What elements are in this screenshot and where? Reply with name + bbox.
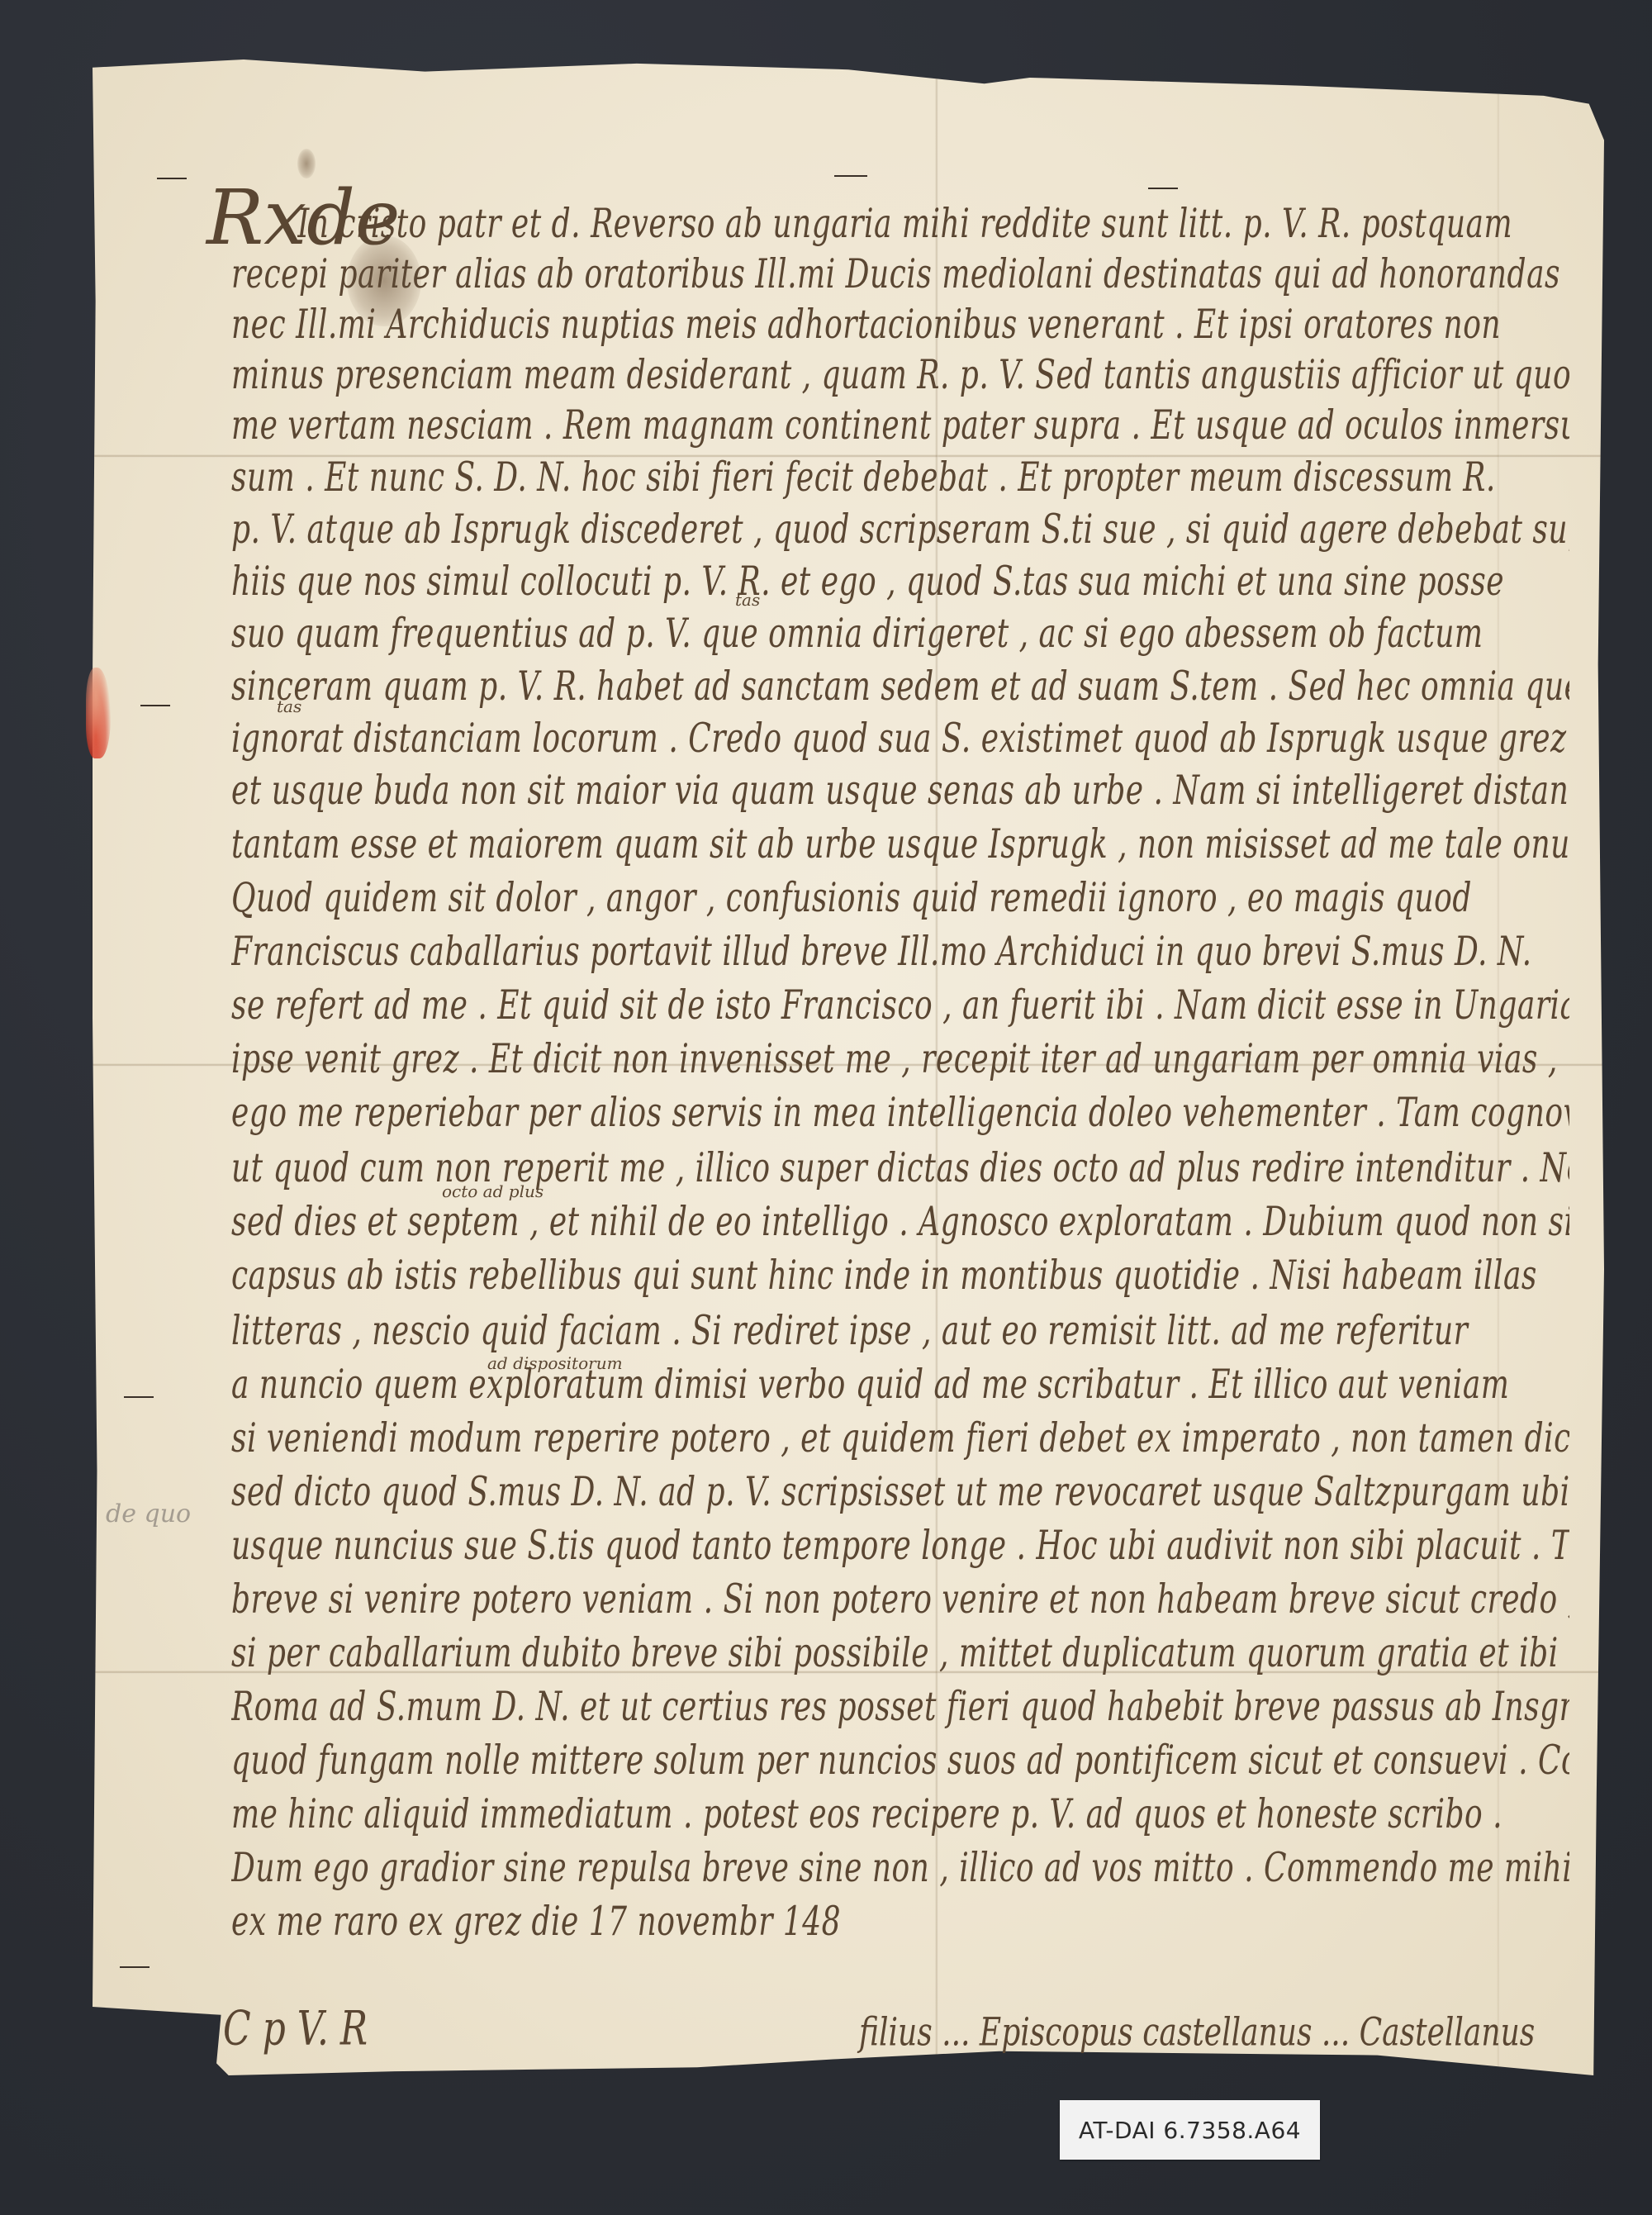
text-line: ignorat distanciam locorum . Credo quod … (231, 717, 1569, 762)
text-line: ego me reperiebar per alios servis in me… (231, 1091, 1569, 1136)
interlinear-note: tas (735, 592, 760, 608)
text-line: In cristo patr et d. Reverso ab ungaria … (297, 202, 1569, 247)
text-line: Franciscus caballarius portavit illud br… (231, 930, 1569, 975)
text-line: hiis que nos simul collocuti p. V. R. et… (231, 560, 1569, 605)
text-line: minus presenciam meam desiderant , quam … (231, 354, 1569, 398)
text-line: sum . Et nunc S. D. N. hoc sibi fieri fe… (231, 456, 1569, 501)
text-line: me hinc aliquid immediatum . potest eos … (231, 1793, 1569, 1837)
signature: filius ... Episcopus castellanus ... Cas… (859, 2011, 1535, 2055)
text-line: si veniendi modum reperire potero , et q… (231, 1417, 1569, 1462)
ruling-mark (140, 705, 170, 706)
text-line: et usque buda non sit maior via quam usq… (231, 769, 1569, 814)
text-line: sed dies et septem , et nihil de eo inte… (231, 1200, 1569, 1245)
text-line: capsus ab istis rebellibus qui sunt hinc… (231, 1254, 1569, 1299)
text-line: ut quod cum non reperit me , illico supe… (231, 1147, 1569, 1191)
interlinear-note: ad dispositorum (487, 1355, 623, 1371)
text-line: breve si venire potero veniam . Si non p… (231, 1578, 1569, 1623)
archive-shelfmark-text: AT-DAI 6.7358.A64 (1079, 2117, 1301, 2144)
text-line: Dum ego gradior sine repulsa breve sine … (231, 1847, 1569, 1891)
text-line: usque nuncius sue S.tis quod tanto tempo… (231, 1524, 1569, 1569)
text-line: tantam esse et maiorem quam sit ab urbe … (231, 823, 1569, 867)
text-line: recepi pariter alias ab oratoribus Ill.m… (231, 253, 1569, 297)
text-line: sinceram quam p. V. R. habet ad sanctam … (231, 665, 1569, 710)
text-line: se refert ad me . Et quid sit de isto Fr… (231, 984, 1569, 1029)
interlinear-note: octo ad plus (442, 1183, 544, 1200)
text-line: ex me raro ex grez die 17 novembr 148 (231, 1900, 1569, 1945)
ruling-mark (120, 1966, 150, 1968)
ruling-mark (1148, 188, 1178, 189)
interlinear-note: tas (277, 698, 301, 715)
text-line: p. V. atque ab Isprugk discederet , quod… (231, 508, 1569, 553)
text-line: quod fungam nolle mittere solum per nunc… (231, 1739, 1569, 1784)
text-line: suo quam frequentius ad p. V. que omnia … (231, 612, 1569, 657)
text-line: litteras , nescio quid faciam . Si redir… (231, 1310, 1569, 1354)
ruling-mark (157, 178, 187, 179)
archive-shelfmark-label: AT-DAI 6.7358.A64 (1060, 2100, 1320, 2160)
ruling-mark (834, 175, 867, 177)
closing-abbreviation: C p V. R (223, 2001, 368, 2056)
margin-pencil-note: de quo (106, 1500, 191, 1528)
text-line: sed dicto quod S.mus D. N. ad p. V. scri… (231, 1471, 1569, 1515)
text-line: me vertam nesciam . Rem magnam continent… (231, 404, 1569, 449)
text-line: si per caballarium dubito breve sibi pos… (231, 1632, 1569, 1676)
text-line: ipse venit grez . Et dicit non invenisse… (231, 1038, 1569, 1082)
text-line: nec Ill.mi Archiducis nuptias meis adhor… (231, 303, 1569, 348)
text-line: a nuncio quem exploratum dimisi verbo qu… (231, 1363, 1569, 1408)
ruling-mark (124, 1396, 154, 1398)
text-line: Roma ad S.mum D. N. et ut certius res po… (231, 1685, 1569, 1730)
text-line: Quod quidem sit dolor , angor , confusio… (231, 877, 1569, 921)
